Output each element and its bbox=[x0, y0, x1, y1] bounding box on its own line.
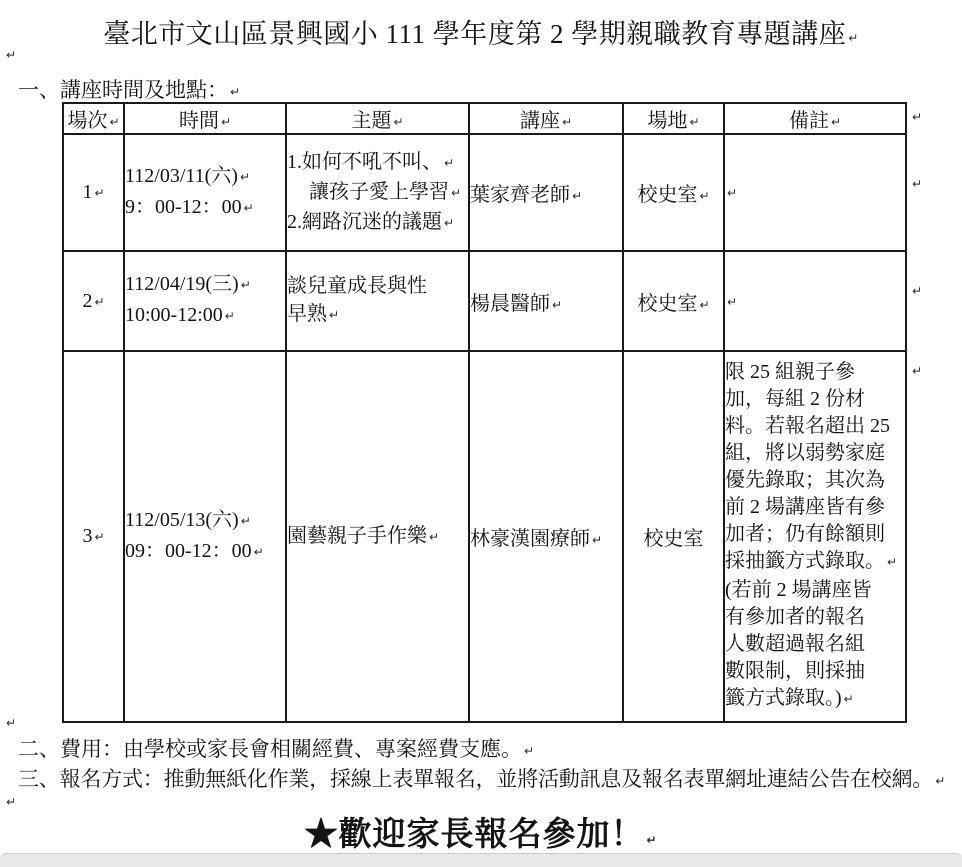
section-schedule-text: 一、講座時間及地點： bbox=[18, 78, 228, 102]
table-row: 1↵ 112/03/11(六)↵ 9：00-12：00↵ 1.如何不吼不叫、↵ … bbox=[63, 134, 906, 251]
header-time: 時間↵ bbox=[124, 103, 286, 134]
header-note: 備註↵ bbox=[724, 103, 906, 134]
session-number: 1 bbox=[82, 181, 92, 203]
session-number: 3 bbox=[82, 525, 92, 547]
table-row: 3↵ 112/05/13(六)↵ 09：00-12：00↵ 園藝親子手作樂↵ 林… bbox=[63, 351, 906, 722]
line-mark: ↵ bbox=[244, 194, 254, 223]
note-text: 料。若報名超出 25 bbox=[725, 415, 890, 437]
cell-session-3: 3↵ bbox=[63, 351, 124, 722]
header-venue: 場地↵ bbox=[623, 103, 724, 134]
line-mark: ↵ bbox=[444, 149, 454, 177]
cell-venue-3: 校史室 bbox=[623, 351, 724, 722]
cell-session-2: 2↵ bbox=[63, 251, 124, 351]
line-mark: ↵ bbox=[887, 549, 897, 576]
cell-time-1: 112/03/11(六)↵ 9：00-12：00↵ bbox=[124, 134, 286, 251]
paragraph-mark: ↵ bbox=[848, 31, 859, 45]
note-text: 組，將以弱勢家庭 bbox=[725, 442, 885, 464]
header-note-text: 備註 bbox=[789, 110, 829, 132]
footer-banner: ★歡迎家長報名參加！↵ bbox=[0, 808, 962, 855]
topic-line: 1.如何不吼不叫、↵ bbox=[287, 148, 468, 178]
date-line: 112/03/11(六)↵ bbox=[125, 162, 285, 193]
venue-text: 校史室 bbox=[637, 184, 697, 206]
cell-mark: ↵ bbox=[727, 295, 737, 309]
note-text: 優先錄取；其次為 bbox=[725, 469, 885, 491]
cell-mark: ↵ bbox=[727, 186, 737, 200]
topic-line: 早熟↵ bbox=[287, 300, 468, 330]
footer-banner-text: ★歡迎家長報名參加！ bbox=[304, 817, 644, 853]
table-header-row: 場次↵ 時間↵ 主題↵ 講座↵ 場地↵ 備註↵ bbox=[63, 103, 906, 134]
note-line: 限 25 組親子參 bbox=[725, 359, 905, 386]
section-schedule-heading: 一、講座時間及地點：↵ bbox=[18, 74, 240, 104]
paragraph-mark: ↵ bbox=[935, 774, 945, 788]
note-line: 採抽籤方式錄取。↵ bbox=[725, 548, 905, 577]
topic-line: 讓孩子愛上學習↵ bbox=[287, 178, 468, 208]
date-line: 112/04/19(三)↵ bbox=[125, 270, 285, 301]
cell-topic-2: 談兒童成長與性 早熟↵ bbox=[286, 251, 469, 351]
speaker-text: 林豪漢園療師 bbox=[470, 528, 590, 550]
line-mark: ↵ bbox=[225, 302, 235, 331]
header-topic-text: 主題 bbox=[351, 110, 391, 132]
header-speaker-text: 講座 bbox=[520, 110, 560, 132]
cell-mark: ↵ bbox=[572, 189, 582, 203]
note-text: 數限制，則採抽 bbox=[725, 660, 865, 682]
topic-text: 1.如何不吼不叫、 bbox=[287, 151, 442, 173]
cell-mark: ↵ bbox=[94, 295, 104, 309]
cell-mark: ↵ bbox=[109, 115, 119, 129]
header-session-text: 場次 bbox=[67, 110, 107, 132]
cell-speaker-2: 楊晨醫師↵ bbox=[469, 251, 623, 351]
cell-note-1: ↵ bbox=[724, 134, 906, 251]
cell-mark: ↵ bbox=[562, 115, 572, 129]
table-row: 2↵ 112/04/19(三)↵ 10:00-12:00↵ 談兒童成長與性 早熟… bbox=[63, 251, 906, 351]
cell-topic-1: 1.如何不吼不叫、↵ 讓孩子愛上學習↵ 2.網路沉迷的議題↵ bbox=[286, 134, 469, 251]
cell-mark: ↵ bbox=[831, 115, 841, 129]
topic-line: 2.網路沉迷的議題↵ bbox=[287, 208, 468, 238]
note-line: 優先錄取；其次為 bbox=[725, 467, 905, 494]
row-end-mark: ↵ bbox=[912, 284, 922, 298]
venue-text: 校史室 bbox=[644, 528, 704, 550]
note-line: 加者；仍有餘額則 bbox=[725, 521, 905, 548]
cell-topic-3: 園藝親子手作樂↵ bbox=[286, 351, 469, 722]
line-mark: ↵ bbox=[241, 271, 251, 300]
date-text: 112/05/13(六) bbox=[125, 509, 239, 531]
date-text: 112/03/11(六) bbox=[125, 165, 238, 187]
cell-mark: ↵ bbox=[699, 189, 709, 203]
note-text: 前 2 場講座皆有參 bbox=[725, 496, 885, 518]
note-line: 加，每組 2 份材 bbox=[725, 386, 905, 413]
paragraph-mark: ↵ bbox=[646, 833, 657, 847]
cell-note-3: 限 25 組親子參 加，每組 2 份材 料。若報名超出 25 組，將以弱勢家庭 … bbox=[724, 351, 906, 722]
topic-text: 讓孩子愛上學習 bbox=[309, 181, 449, 203]
note-text: 人數超過報名組 bbox=[725, 633, 865, 655]
line-mark: ↵ bbox=[844, 686, 854, 713]
note-line: 有參加者的報名 bbox=[725, 604, 905, 631]
cell-venue-2: 校史室↵ bbox=[623, 251, 724, 351]
line-mark: ↵ bbox=[329, 301, 339, 329]
session-number: 2 bbox=[82, 290, 92, 312]
note-line: 組，將以弱勢家庭 bbox=[725, 440, 905, 467]
topic-text: 2.網路沉迷的議題 bbox=[287, 211, 442, 233]
cell-mark: ↵ bbox=[393, 115, 403, 129]
paragraph-mark: ↵ bbox=[6, 795, 16, 809]
note-text: 有參加者的報名 bbox=[725, 606, 865, 628]
header-speaker: 講座↵ bbox=[469, 103, 623, 134]
time-line: 10:00-12:00↵ bbox=[125, 301, 285, 332]
cell-time-2: 112/04/19(三)↵ 10:00-12:00↵ bbox=[124, 251, 286, 351]
time-line: 09：00-12：00↵ bbox=[125, 537, 285, 568]
cell-venue-1: 校史室↵ bbox=[623, 134, 724, 251]
row-end-mark: ↵ bbox=[912, 177, 922, 191]
time-line: 9：00-12：00↵ bbox=[125, 193, 285, 224]
note-line: 前 2 場講座皆有參 bbox=[725, 494, 905, 521]
venue-text: 校史室 bbox=[637, 293, 697, 315]
section-fee: 二、費用：由學校或家長會相關經費、專案經費支應。↵ bbox=[18, 733, 534, 763]
cell-mark: ↵ bbox=[221, 115, 231, 129]
topic-text: 談兒童成長與性 bbox=[287, 275, 427, 297]
note-line: 料。若報名超出 25 bbox=[725, 413, 905, 440]
time-text: 9：00-12：00 bbox=[125, 196, 242, 218]
date-line: 112/05/13(六)↵ bbox=[125, 506, 285, 537]
note-line: (若前 2 場講座皆 bbox=[725, 577, 905, 604]
line-mark: ↵ bbox=[451, 179, 461, 207]
line-mark: ↵ bbox=[240, 163, 250, 192]
section-signup: 三、報名方式：推動無紙化作業，採線上表單報名，並將活動訊息及報名表單網址連結公告… bbox=[18, 763, 945, 793]
cell-mark: ↵ bbox=[592, 533, 602, 547]
line-mark: ↵ bbox=[444, 209, 454, 237]
line-mark: ↵ bbox=[241, 507, 251, 536]
time-text: 10:00-12:00 bbox=[125, 304, 223, 326]
paragraph-mark: ↵ bbox=[6, 716, 16, 730]
cell-mark: ↵ bbox=[94, 530, 104, 544]
cell-session-1: 1↵ bbox=[63, 134, 124, 251]
cell-speaker-1: 葉家齊老師↵ bbox=[469, 134, 623, 251]
note-text: 籤方式錄取。) bbox=[725, 687, 842, 709]
note-text: (若前 2 場講座皆 bbox=[725, 579, 872, 601]
speaker-text: 葉家齊老師 bbox=[470, 184, 570, 206]
document-title: 臺北市文山區景興國小 111 學年度第 2 學期親職教育專題講座↵ bbox=[0, 12, 962, 51]
note-line: 籤方式錄取。)↵ bbox=[725, 685, 905, 714]
note-text: 加，每組 2 份材 bbox=[725, 388, 865, 410]
topic-line: 談兒童成長與性 bbox=[287, 272, 468, 300]
row-end-mark: ↵ bbox=[912, 364, 922, 378]
note-text: 加者；仍有餘額則 bbox=[725, 523, 885, 545]
topic-line: 園藝親子手作樂↵ bbox=[287, 522, 468, 552]
schedule-table: 場次↵ 時間↵ 主題↵ 講座↵ 場地↵ 備註↵ 1↵ 112/03/11(六)↵… bbox=[62, 102, 907, 723]
speaker-text: 楊晨醫師 bbox=[470, 293, 550, 315]
document-title-text: 臺北市文山區景興國小 111 學年度第 2 學期親職教育專題講座 bbox=[103, 19, 846, 49]
cell-mark: ↵ bbox=[689, 115, 699, 129]
date-text: 112/04/19(三) bbox=[125, 273, 239, 295]
cell-mark: ↵ bbox=[552, 298, 562, 312]
header-topic: 主題↵ bbox=[286, 103, 469, 134]
topic-text: 園藝親子手作樂 bbox=[287, 525, 427, 547]
cell-time-3: 112/05/13(六)↵ 09：00-12：00↵ bbox=[124, 351, 286, 722]
cell-note-2: ↵ bbox=[724, 251, 906, 351]
paragraph-mark: ↵ bbox=[524, 744, 534, 758]
line-mark: ↵ bbox=[254, 538, 264, 567]
cell-speaker-3: 林豪漢園療師↵ bbox=[469, 351, 623, 722]
cell-mark: ↵ bbox=[699, 298, 709, 312]
paragraph-mark: ↵ bbox=[230, 85, 240, 99]
schedule-table-container: 場次↵ 時間↵ 主題↵ 講座↵ 場地↵ 備註↵ 1↵ 112/03/11(六)↵… bbox=[62, 102, 907, 723]
horizontal-scrollbar-track[interactable] bbox=[0, 853, 962, 867]
note-line: 數限制，則採抽 bbox=[725, 658, 905, 685]
topic-text: 早熟 bbox=[287, 303, 327, 325]
note-text: 限 25 組親子參 bbox=[725, 361, 855, 383]
line-mark: ↵ bbox=[429, 523, 439, 551]
header-time-text: 時間 bbox=[179, 110, 219, 132]
header-session: 場次↵ bbox=[63, 103, 124, 134]
paragraph-mark: ↵ bbox=[6, 48, 16, 62]
section-signup-text: 三、報名方式：推動無紙化作業，採線上表單報名，並將活動訊息及報名表單網址連結公告… bbox=[18, 767, 933, 791]
time-text: 09：00-12：00 bbox=[125, 540, 252, 562]
header-venue-text: 場地 bbox=[647, 110, 687, 132]
row-end-mark: ↵ bbox=[912, 110, 922, 124]
note-line: 人數超過報名組 bbox=[725, 631, 905, 658]
cell-mark: ↵ bbox=[94, 186, 104, 200]
section-fee-text: 二、費用：由學校或家長會相關經費、專案經費支應。 bbox=[18, 737, 522, 761]
note-text: 採抽籤方式錄取。 bbox=[725, 550, 885, 572]
